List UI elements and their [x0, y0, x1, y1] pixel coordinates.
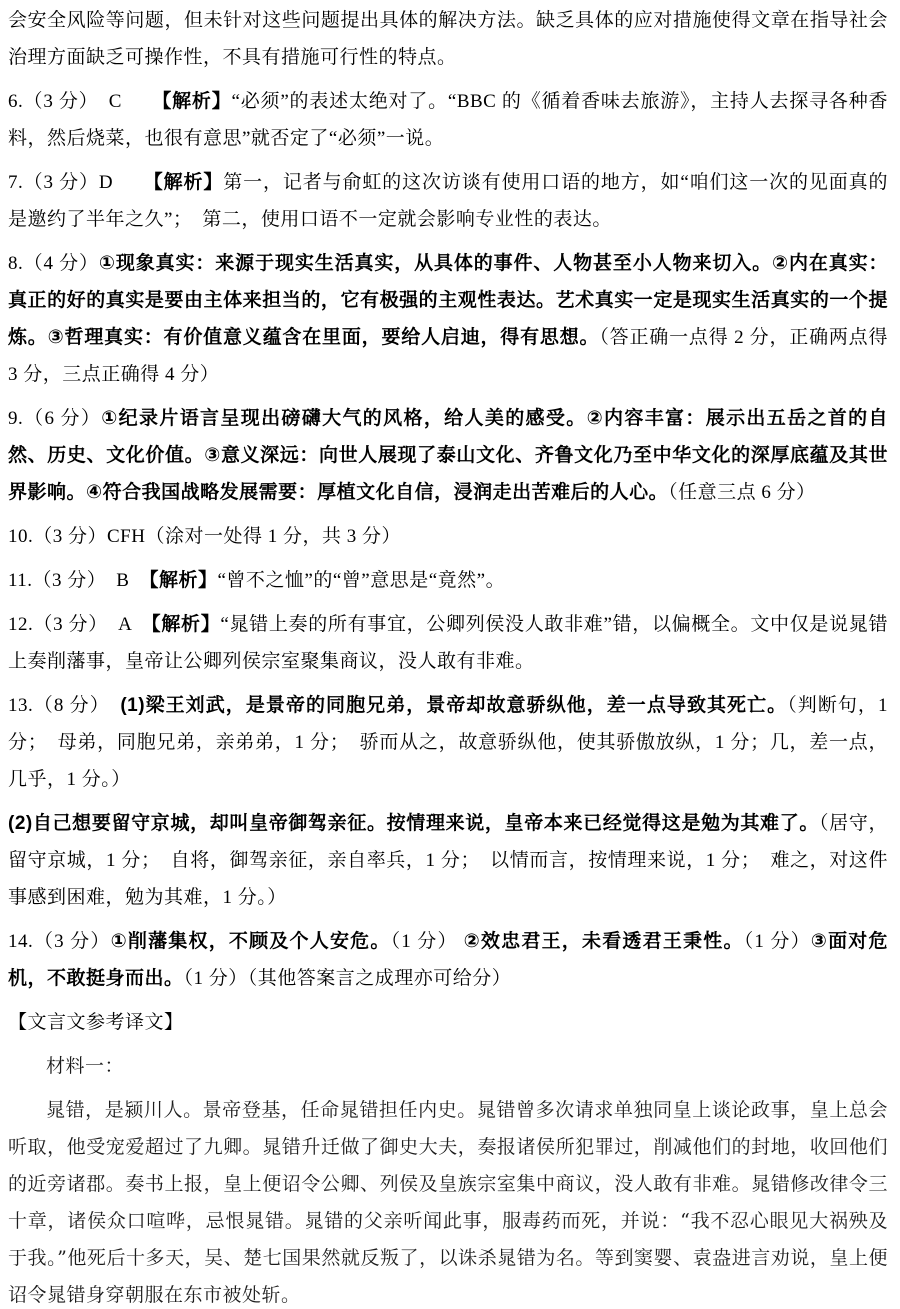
answer-13-1-seg-0: 13.（8 分） [8, 695, 120, 716]
answer-9-seg-0: 9.（6 分） [8, 408, 101, 429]
answer-12-seg-0: 12.（3 分） A [8, 614, 151, 635]
answer-7: 7.（3 分）D 【解析】第一，记者与俞虹的这次访谈有使用口语的地方，如“咱们这… [8, 164, 888, 238]
answer-14-seg-0: 14.（3 分） [8, 931, 111, 952]
answer-8: 8.（4 分）①现象真实：来源于现实生活真实，从具体的事件、人物甚至小人物来切入… [8, 245, 888, 393]
answer-12-seg-1: 【解析】 [151, 614, 220, 635]
answer-9-seg-2: （任意三点 6 分） [668, 482, 816, 503]
answer-6-seg-1: 【解析】 [162, 91, 232, 112]
translation-material-1-label: 材料一： [8, 1048, 888, 1085]
document-page: 会安全风险等问题，但未针对这些问题提出具体的解决方法。缺乏具体的应对措施使得文章… [0, 0, 900, 1309]
translation-material-1-label-seg-0: 材料一： [46, 1055, 124, 1077]
answer-10-seg-0: 10.（3 分）CFH（涂对一处得 1 分，共 3 分） [8, 526, 401, 547]
answer-continuation-seg-0: 会安全风险等问题，但未针对这些问题提出具体的解决方法。缺乏具体的应对措施使得文章… [8, 10, 888, 68]
answer-11-seg-2: “曾不之恤”的“曾”意思是“竟然”。 [217, 570, 505, 591]
translation-heading-seg-0: 【文言文参考译文】 [8, 1012, 184, 1033]
answer-14-seg-4: （1 分） [744, 931, 811, 952]
answer-14-seg-3: ②效忠君王，未看透君王秉性。 [464, 931, 744, 952]
translation-material-1-body: 晁错，是颍川人。景帝登基，任命晁错担任内史。晁错曾多次请求单独同皇上谈论政事，皇… [8, 1092, 888, 1309]
answer-6: 6.（3 分） C 【解析】“必须”的表述太绝对了。“BBC 的《循着香味去旅游… [8, 83, 888, 157]
answer-13-1-seg-1: (1)梁王刘武，是景帝的同胞兄弟，景帝却故意骄纵他，差一点导致其死亡。 [120, 695, 787, 716]
answer-6-seg-0: 6.（3 分） C [8, 91, 162, 112]
answer-9: 9.（6 分）①纪录片语言呈现出磅礴大气的风格，给人美的感受。②内容丰富：展示出… [8, 400, 888, 511]
answer-continuation: 会安全风险等问题，但未针对这些问题提出具体的解决方法。缺乏具体的应对措施使得文章… [8, 2, 888, 76]
answer-7-seg-0: 7.（3 分）D [8, 172, 153, 193]
answer-12: 12.（3 分） A 【解析】“晁错上奏的所有事宜，公卿列侯没人敢非难”错，以偏… [8, 606, 888, 680]
translation-heading: 【文言文参考译文】 [8, 1004, 888, 1041]
answer-11: 11.（3 分） B 【解析】“曾不之恤”的“曾”意思是“竟然”。 [8, 562, 888, 599]
answer-13-1: 13.（8 分） (1)梁王刘武，是景帝的同胞兄弟，景帝却故意骄纵他，差一点导致… [8, 687, 888, 798]
answer-13-2: (2)自己想要留守京城，却叫皇帝御驾亲征。按情理来说，皇帝本来已经觉得这是勉为其… [8, 805, 888, 916]
answer-11-seg-1: 【解析】 [149, 570, 218, 591]
answer-14-seg-6: （1 分）（其他答案言之成理亦可给分） [184, 968, 512, 989]
answer-14-seg-1: ①削藩集权，不顾及个人安危。 [111, 931, 391, 952]
answer-10: 10.（3 分）CFH（涂对一处得 1 分，共 3 分） [8, 518, 888, 555]
answer-7-seg-1: 【解析】 [153, 172, 223, 193]
answer-13-2-seg-0: (2)自己想要留守京城，却叫皇帝御驾亲征。按情理来说，皇帝本来已经觉得这是勉为其… [8, 813, 819, 834]
answer-14: 14.（3 分）①削藩集权，不顾及个人安危。（1 分） ②效忠君王，未看透君王秉… [8, 923, 888, 997]
answer-8-seg-0: 8.（4 分） [8, 253, 99, 274]
translation-material-1-body-seg-0: 晁错，是颍川人。景帝登基，任命晁错担任内史。晁错曾多次请求单独同皇上谈论政事，皇… [8, 1099, 888, 1306]
answer-11-seg-0: 11.（3 分） B [8, 570, 149, 591]
answer-14-seg-2: （1 分） [391, 931, 464, 952]
